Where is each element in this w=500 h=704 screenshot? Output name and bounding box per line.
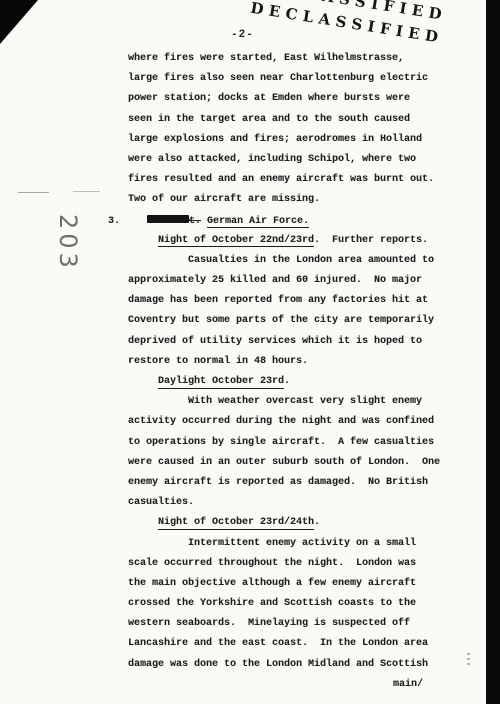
scan-corner-cut	[0, 0, 38, 44]
text-segment: .	[314, 517, 320, 528]
text-segment: were also attacked, including Schipol, w…	[128, 154, 416, 165]
text-segment: seen in the target area and to the south…	[128, 114, 410, 125]
text-segment: approximately 25 killed and 60 injured. …	[128, 275, 422, 286]
text-line: damage has been reported from any factor…	[0, 295, 472, 315]
text-line: casualties.	[0, 497, 472, 517]
text-segment: main/	[393, 679, 423, 690]
text-segment: Casualties in the London area amounted t…	[188, 255, 434, 266]
text-line: seen in the target area and to the south…	[0, 114, 472, 134]
typewritten-text-block: where fires were started, East Wilhelmst…	[0, 53, 472, 699]
text-segment: German Air Force.	[207, 216, 309, 229]
text-segment: deprived of utility services which it is…	[128, 336, 422, 347]
text-segment: enemy aircraft is reported as damaged. N…	[128, 477, 428, 488]
text-line: the main objective although a few enemy …	[0, 578, 472, 598]
text-line: Two of our aircraft are missing.	[0, 194, 472, 214]
text-line: damage was done to the London Midland an…	[0, 659, 472, 679]
text-segment: the main objective although a few enemy …	[128, 578, 416, 589]
redaction-mark	[147, 215, 189, 223]
text-segment: crossed the Yorkshire and Scottish coast…	[128, 598, 416, 609]
scan-edge-black-band	[486, 0, 500, 704]
text-segment: Two of our aircraft are missing.	[128, 194, 320, 205]
text-line: Daylight October 23rd.	[0, 376, 472, 396]
scan-noise-speck	[467, 653, 470, 667]
text-line: scale occurred throughout the night. Lon…	[0, 558, 472, 578]
text-line: deprived of utility services which it is…	[0, 336, 472, 356]
text-segment: fires resulted and an enemy aircraft was…	[128, 174, 434, 185]
text-line: Intermittent enemy activity on a small	[0, 538, 472, 558]
text-line: Lancashire and the east coast. In the Lo…	[0, 638, 472, 658]
text-segment: 3.	[108, 216, 120, 227]
text-line: main/	[0, 679, 472, 699]
text-segment: Coventry but some parts of the city are …	[128, 315, 434, 326]
text-segment: Night of October 22nd/23rd	[158, 235, 314, 248]
text-line: Night of October 22nd/23rd. Further repo…	[0, 235, 472, 255]
text-segment: power station; docks at Emden where burs…	[128, 93, 410, 104]
text-segment: Daylight October 23rd	[158, 376, 284, 389]
text-line: large explosions and fires; aerodromes i…	[0, 134, 472, 154]
text-line: enemy aircraft is reported as damaged. N…	[0, 477, 472, 497]
text-segment: activity occurred during the night and w…	[128, 416, 434, 427]
text-segment: large explosions and fires; aerodromes i…	[128, 134, 422, 145]
text-line: activity occurred during the night and w…	[0, 416, 472, 436]
text-segment: large fires also seen near Charlottenbur…	[128, 73, 428, 84]
page-number: -2-	[231, 29, 254, 41]
text-segment: casualties.	[128, 497, 194, 508]
document-page: DECLASSIFIED DECLASSIFIED -2- 203 where …	[0, 0, 486, 704]
text-segment: Lancashire and the east coast. In the Lo…	[128, 638, 428, 649]
text-line: approximately 25 killed and 60 injured. …	[0, 275, 472, 295]
declassified-stamp: DECLASSIFIED DECLASSIFIED	[249, 0, 486, 60]
text-line: were also attacked, including Schipol, w…	[0, 154, 472, 174]
text-line: were caused in an outer suburb south of …	[0, 457, 472, 477]
text-segment: where fires were started, East Wilhelmst…	[128, 53, 404, 64]
text-line: With weather overcast very slight enemy	[0, 396, 472, 416]
text-line: Night of October 23rd/24th.	[0, 517, 472, 537]
text-segment: With weather overcast very slight enemy	[188, 396, 422, 407]
text-segment: to operations by single aircraft. A few …	[128, 437, 434, 448]
text-segment: damage was done to the London Midland an…	[128, 659, 428, 670]
text-segment: were caused in an outer suburb south of …	[128, 457, 440, 468]
text-segment: western seaboards. Minelaying is suspect…	[128, 618, 410, 629]
text-line: crossed the Yorkshire and Scottish coast…	[0, 598, 472, 618]
text-line: western seaboards. Minelaying is suspect…	[0, 618, 472, 638]
text-segment: restore to normal in 48 hours.	[128, 356, 308, 367]
text-line: large fires also seen near Charlottenbur…	[0, 73, 472, 93]
text-line: Casualties in the London area amounted t…	[0, 255, 472, 275]
text-segment: Intermittent enemy activity on a small	[188, 538, 416, 549]
text-line: where fires were started, East Wilhelmst…	[0, 53, 472, 73]
text-segment: .	[284, 376, 290, 387]
text-line: 3.t.German Air Force.	[0, 215, 472, 235]
text-line: Coventry but some parts of the city are …	[0, 315, 472, 335]
text-line: power station; docks at Emden where burs…	[0, 93, 472, 113]
text-line: restore to normal in 48 hours.	[0, 356, 472, 376]
text-segment: Night of October 23rd/24th	[158, 517, 314, 530]
text-line: to operations by single aircraft. A few …	[0, 437, 472, 457]
text-segment: damage has been reported from any factor…	[128, 295, 428, 306]
text-segment: . Further reports.	[314, 235, 428, 246]
text-segment: t.	[189, 216, 201, 227]
text-line: fires resulted and an enemy aircraft was…	[0, 174, 472, 194]
text-segment: scale occurred throughout the night. Lon…	[128, 558, 416, 569]
